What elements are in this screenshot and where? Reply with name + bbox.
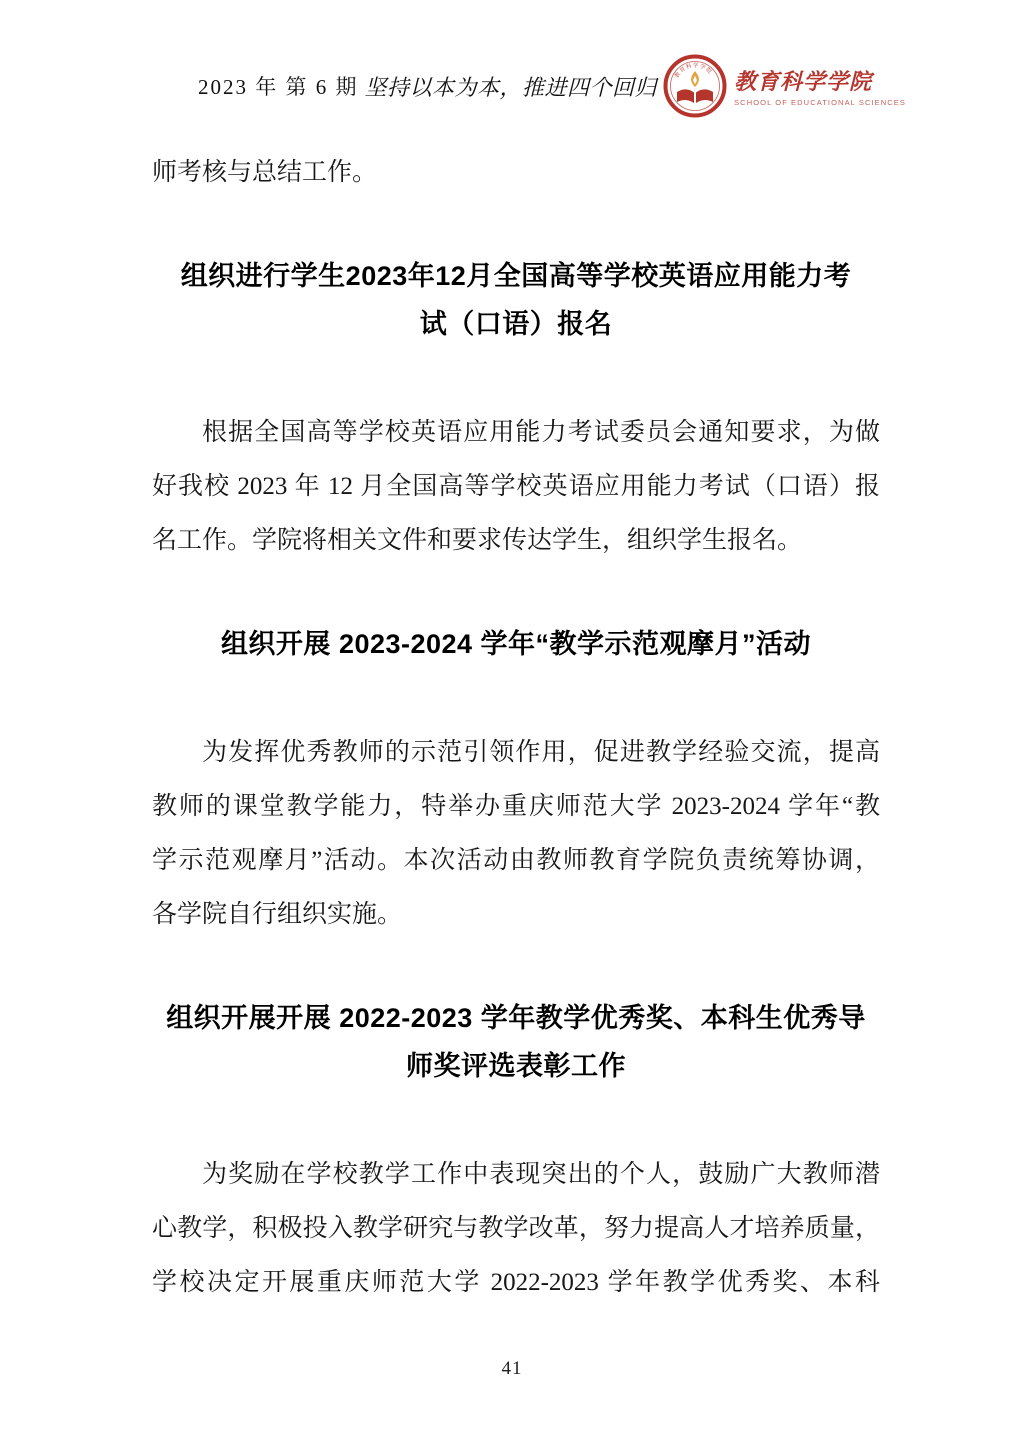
page-number: 41 xyxy=(502,1358,523,1379)
section-teaching-awards: 组织开展开展 2022-2023 学年教学优秀奖、本科生优秀导 师奖评选表彰工作… xyxy=(152,994,880,1310)
section-3-heading: 组织开展开展 2022-2023 学年教学优秀奖、本科生优秀导 师奖评选表彰工作 xyxy=(152,994,880,1090)
paragraph-line: 各学院自行组织实施。 xyxy=(152,888,880,942)
section-3-paragraph: 为奖励在学校教学工作中表现突出的个人，鼓励广大教师潜 心教学，积极投入教学研究与… xyxy=(152,1148,880,1310)
section-teaching-demo-month: 组织开展 2023-2024 学年“教学示范观摩月”活动 为发挥优秀教师的示范引… xyxy=(152,620,880,942)
paragraph-line: 教师的课堂教学能力，特举办重庆师范大学 2023-2024 学年“教 xyxy=(152,780,880,834)
school-logo: 教育科学学院 教育科学学院 SCHOOL OF EDUCATIONAL SCIE… xyxy=(663,54,906,118)
paragraph-line: 为奖励在学校教学工作中表现突出的个人，鼓励广大教师潜 xyxy=(152,1148,880,1202)
paragraph-line: 学示范观摩月”活动。本次活动由教师教育学院负责统筹协调， xyxy=(152,834,880,888)
heading-line: 试（口语）报名 xyxy=(152,300,880,348)
document-body: 师考核与总结工作。 组织进行学生2023年12月全国高等学校英语应用能力考 试（… xyxy=(152,146,880,1310)
heading-line: 组织开展 2023-2024 学年“教学示范观摩月”活动 xyxy=(152,620,880,668)
paragraph-line: 好我校 2023 年 12 月全国高等学校英语应用能力考试（口语）报 xyxy=(152,460,880,514)
section-1-paragraph: 根据全国高等学校英语应用能力考试委员会通知要求，为做 好我校 2023 年 12… xyxy=(152,406,880,568)
logo-text: 教育科学学院 SCHOOL OF EDUCATIONAL SCIENCES xyxy=(734,65,906,107)
page-header: 2023 年 第 6 期 坚持以本为本，推进四个回归 教育科学学院 教育科学学院 xyxy=(198,52,906,120)
issue-label: 2023 年 第 6 期 xyxy=(198,71,359,101)
paragraph-line: 根据全国高等学校英语应用能力考试委员会通知要求，为做 xyxy=(152,406,880,460)
section-english-exam-registration: 组织进行学生2023年12月全国高等学校英语应用能力考 试（口语）报名 根据全国… xyxy=(152,252,880,568)
heading-line: 组织进行学生2023年12月全国高等学校英语应用能力考 xyxy=(152,252,880,300)
paragraph-line: 学校决定开展重庆师范大学 2022-2023 学年教学优秀奖、本科 xyxy=(152,1256,880,1310)
paragraph-line: 为发挥优秀教师的示范引领作用，促进教学经验交流，提高 xyxy=(152,726,880,780)
heading-line: 组织开展开展 2022-2023 学年教学优秀奖、本科生优秀导 xyxy=(152,994,880,1042)
page-footer: 41 xyxy=(0,1358,1024,1380)
section-2-paragraph: 为发挥优秀教师的示范引领作用，促进教学经验交流，提高 教师的课堂教学能力，特举办… xyxy=(152,726,880,942)
continued-paragraph-line: 师考核与总结工作。 xyxy=(152,146,880,200)
school-emblem-icon: 教育科学学院 xyxy=(663,54,727,118)
section-2-heading: 组织开展 2023-2024 学年“教学示范观摩月”活动 xyxy=(152,620,880,668)
document-page: 2023 年 第 6 期 坚持以本为本，推进四个回归 教育科学学院 教育科学学院 xyxy=(0,0,1024,1448)
logo-title: 教育科学学院 xyxy=(734,65,906,96)
logo-subtitle: SCHOOL OF EDUCATIONAL SCIENCES xyxy=(734,98,906,107)
heading-line: 师奖评选表彰工作 xyxy=(152,1042,880,1090)
header-slogan: 坚持以本为本，推进四个回归 xyxy=(365,71,658,102)
section-1-heading: 组织进行学生2023年12月全国高等学校英语应用能力考 试（口语）报名 xyxy=(152,252,880,348)
paragraph-line: 名工作。学院将相关文件和要求传达学生，组织学生报名。 xyxy=(152,514,880,568)
paragraph-line: 心教学，积极投入教学研究与教学改革，努力提高人才培养质量， xyxy=(152,1202,880,1256)
